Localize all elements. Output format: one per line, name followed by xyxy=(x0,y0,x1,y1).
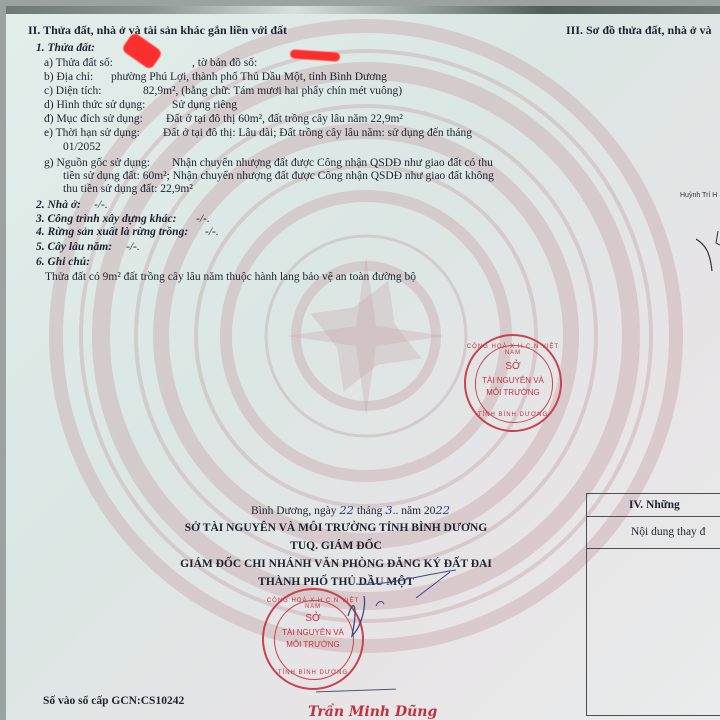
other-construction-value: -/-. xyxy=(196,212,210,226)
perennial-value: -/-. xyxy=(126,240,140,254)
origin-label: g) Nguồn gốc sử dụng: xyxy=(44,156,150,170)
other-construction-heading: 3. Công trình xây dựng khác: xyxy=(36,212,176,226)
handwritten-signature xyxy=(346,566,466,686)
parcel-boundary-line xyxy=(696,231,720,291)
origin-value-2: tiền sử dụng đất: 60m²; Nhận chuyển nhượ… xyxy=(63,169,494,183)
land-heading: 1. Thửa đất: xyxy=(36,41,95,55)
usage-purpose-label: đ) Mục đích sử dụng: xyxy=(44,112,143,126)
section-iv-column-header: Nội dung thay đ xyxy=(631,525,705,539)
signing-month: 3 xyxy=(385,503,392,517)
usage-term-value-cont: 01/2052 xyxy=(63,140,101,154)
usage-term-value: Đất ở tại đô thị: Lâu dài; Đất trồng cây… xyxy=(163,126,472,140)
usage-purpose-value: Đất ở tại đô thị 60m², đất trồng cây lâu… xyxy=(166,112,403,126)
official-stamp: CỘNG HOÀ X.H.C.N VIỆT NAM SỞ TÀI NGUYÊN … xyxy=(464,334,562,432)
area-value: 82,9m², (bằng chữ: Tám mươi hai phẩy chí… xyxy=(143,84,402,98)
perennial-heading: 5. Cây lâu năm: xyxy=(36,240,112,254)
usage-form-value: Sử dụng riêng xyxy=(172,98,237,112)
section-iv-table: IV. Những Nội dung thay đ xyxy=(586,493,720,713)
signing-day: 22 xyxy=(339,503,354,517)
land-parcel-number-label: a) Thửa đất số: xyxy=(44,56,113,70)
section-iv-title: IV. Những xyxy=(629,498,680,512)
proxy-title: TUQ. GIÁM ĐỐC xyxy=(166,538,506,555)
signature-underline xyxy=(316,689,396,693)
map-neighbor-label: Huỳnh Trí H xyxy=(680,192,717,199)
usage-form-label: d) Hình thức sử dụng: xyxy=(44,98,145,112)
forest-value: -/-. xyxy=(205,225,219,239)
registry-number: Số vào sổ cấp GCN:CS10242 xyxy=(43,694,184,708)
signing-year-suffix: 22 xyxy=(435,503,450,517)
section-iii-title: III. Sơ đồ thửa đất, nhà ở và xyxy=(566,23,712,37)
issuing-authority: SỞ TÀI NGUYÊN VÀ MÔI TRƯỜNG TỈNH BÌNH DƯ… xyxy=(166,520,506,537)
section-ii-title: II. Thửa đất, nhà ở và tài sản khác gắn … xyxy=(28,23,287,37)
place-date: Bình Dương, ngày 22 tháng 3.. năm 2022 xyxy=(251,503,450,518)
origin-value-3: thu tiền sử dụng đất: 22,9m² xyxy=(63,182,193,196)
map-sheet-label: , tờ bản đồ số: xyxy=(192,56,257,70)
notes-value: Thửa đất có 9m² đất trồng cây lâu năm th… xyxy=(45,270,416,284)
certificate-page: II. Thửa đất, nhà ở và tài sản khác gắn … xyxy=(6,6,720,720)
house-value: -/-. xyxy=(94,198,108,212)
address-value: phường Phú Lợi, thành phố Thủ Dầu Một, t… xyxy=(111,70,387,84)
usage-term-label: e) Thời hạn sử dụng: xyxy=(44,126,140,140)
origin-value-1: Nhận chuyển nhượng đất được Công nhận QS… xyxy=(172,156,493,170)
house-heading: 2. Nhà ở: xyxy=(36,198,81,212)
notes-heading: 6. Ghi chú: xyxy=(36,255,90,269)
signer-name: Trần Minh Dũng xyxy=(308,704,437,720)
address-label: b) Địa chỉ: xyxy=(44,70,93,84)
forest-heading: 4. Rừng sản xuất là rừng trồng: xyxy=(36,225,188,239)
area-label: c) Diện tích: xyxy=(44,84,101,98)
